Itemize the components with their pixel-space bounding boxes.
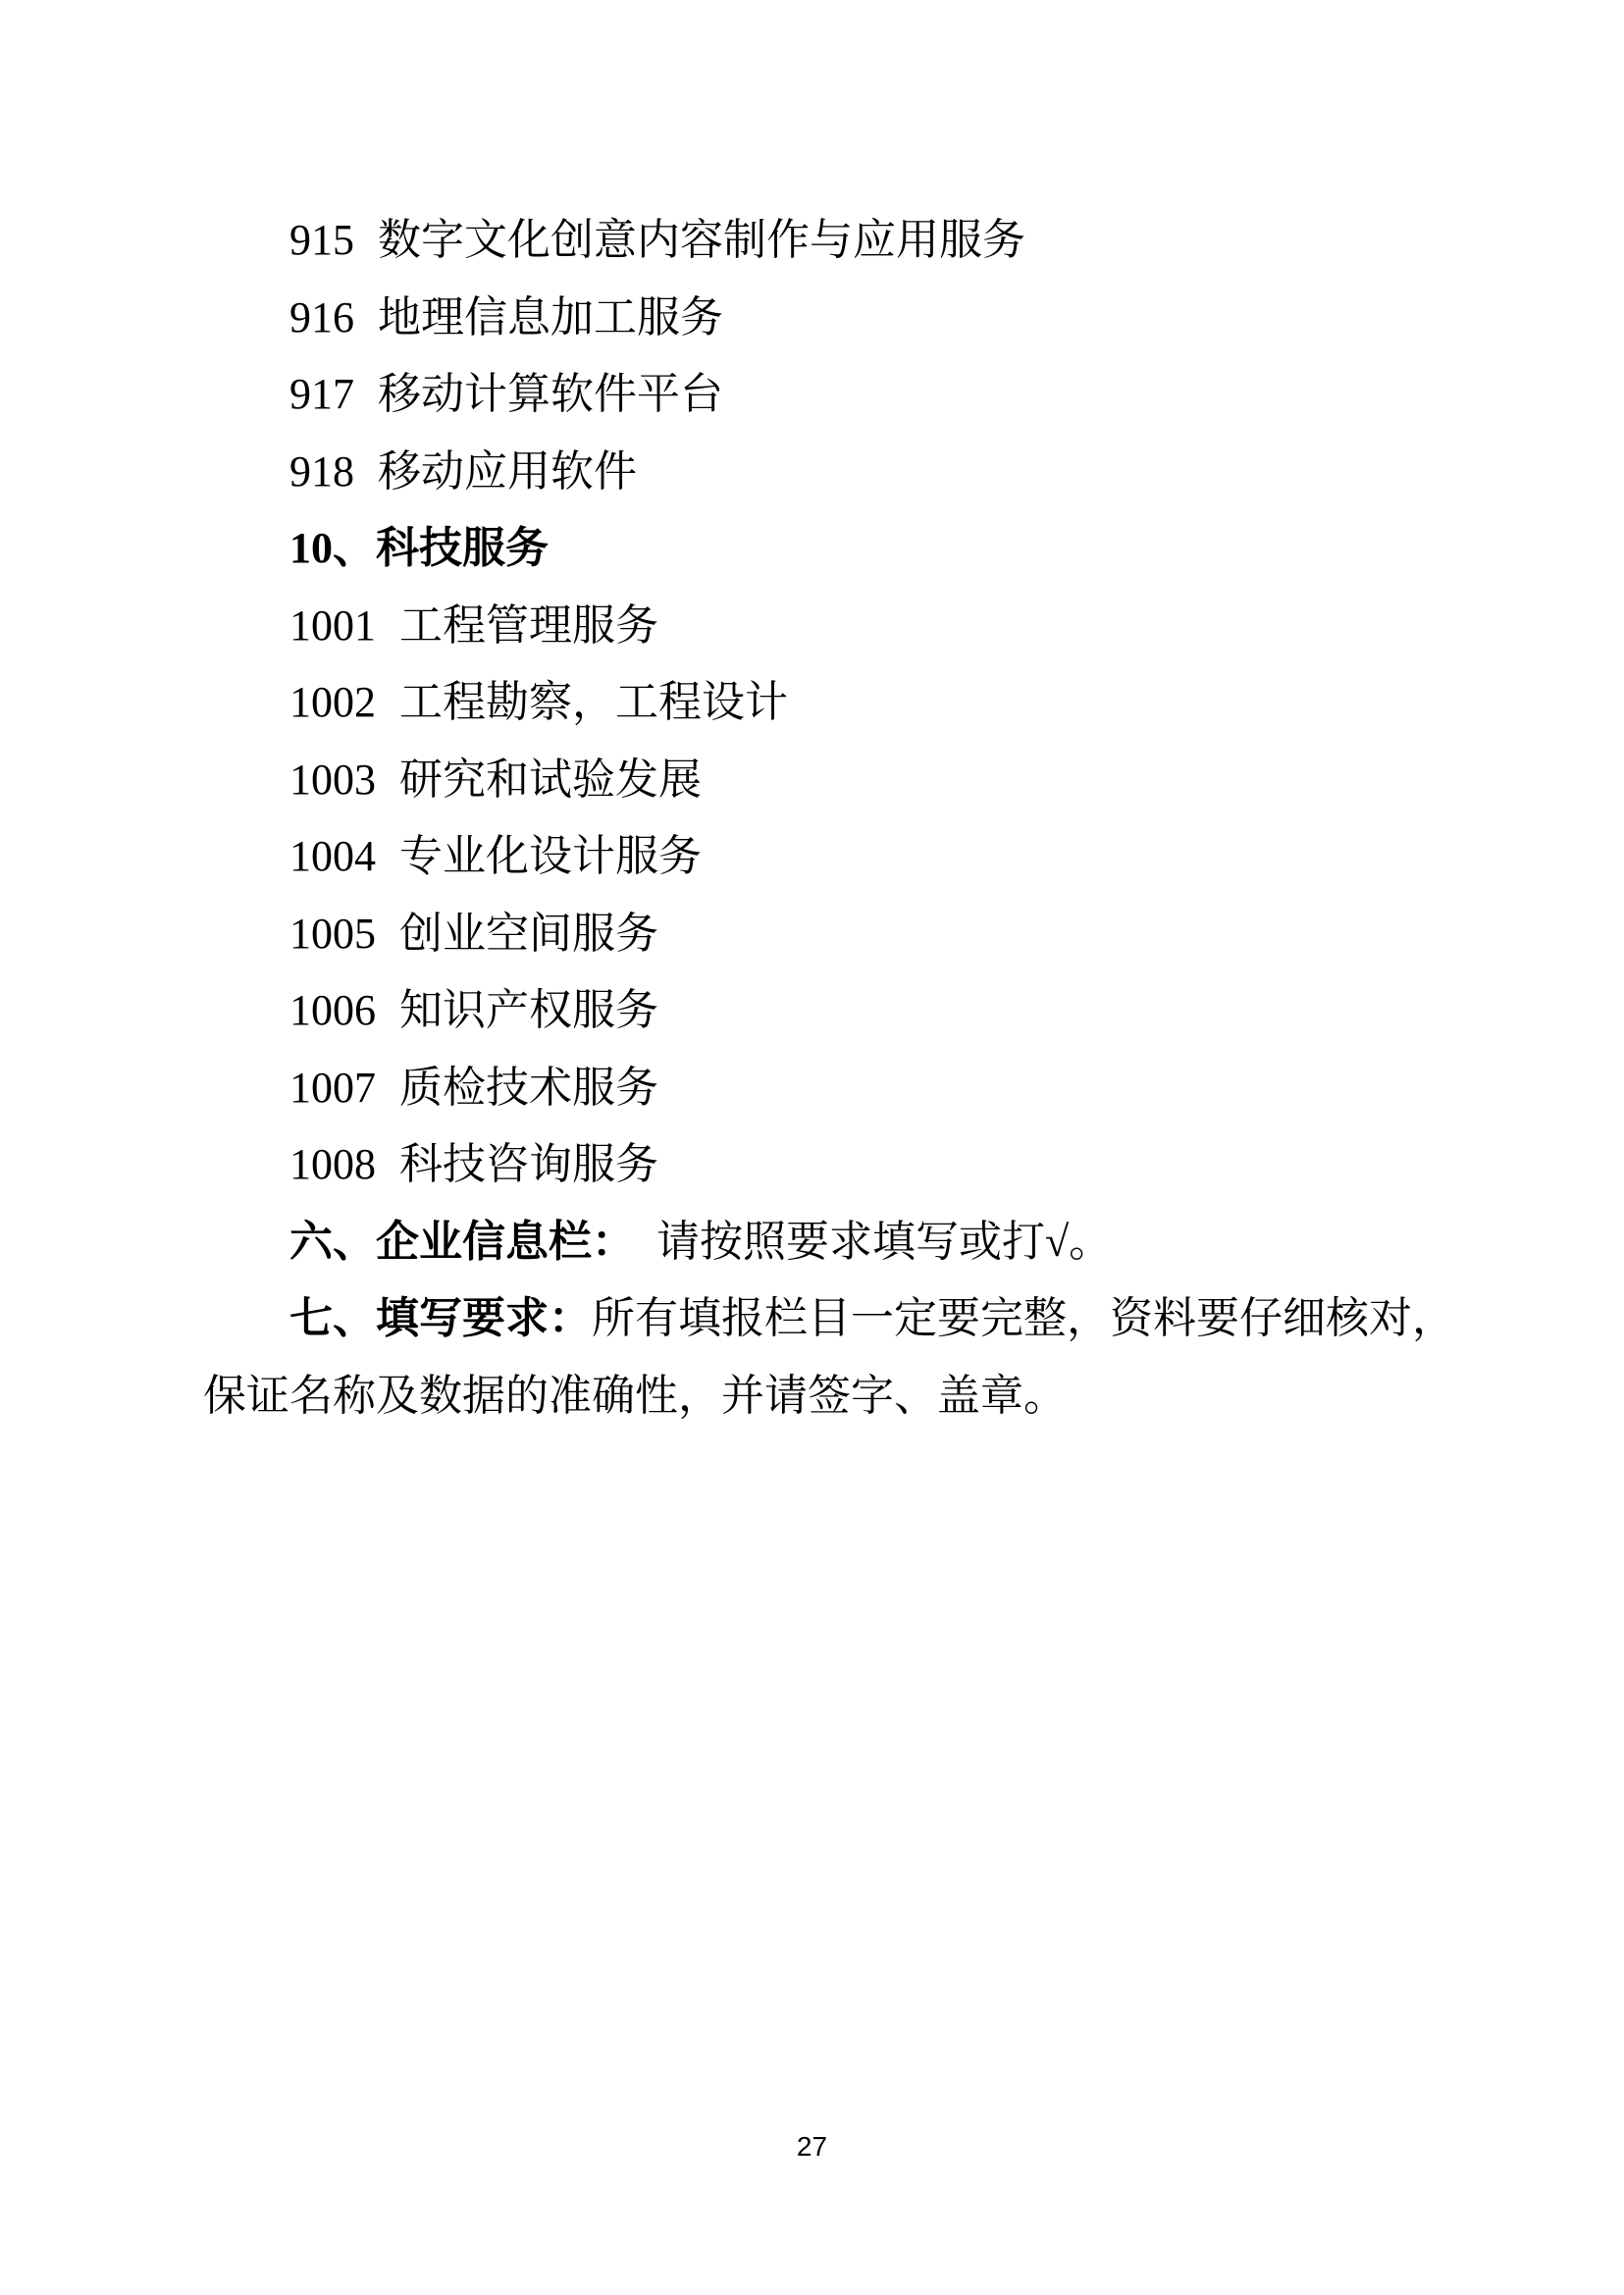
note-line-six: 六、企业信息栏： 请按照要求填写或打√。 [203, 1204, 1455, 1281]
item-text: 专业化设计服务 [399, 832, 702, 880]
item-text: 移动计算软件平台 [378, 370, 723, 418]
item-text: 创业空间服务 [399, 910, 658, 958]
section-heading-text: 10、科技服务 [289, 524, 549, 572]
note-line-continuation: 保证名称及数据的准确性，并请签字、盖章。 [203, 1358, 1455, 1435]
item-text: 科技咨询服务 [399, 1140, 658, 1188]
item-text: 工程勘察，工程设计 [399, 678, 788, 726]
note-label: 七、填写要求： [289, 1294, 592, 1342]
item-code: 1002 [289, 678, 376, 726]
document-body: 915数字文化创意内容制作与应用服务 916地理信息加工服务 917移动计算软件… [203, 202, 1455, 1434]
item-text: 移动应用软件 [378, 447, 637, 496]
item-code: 1003 [289, 756, 376, 804]
list-item: 1003研究和试验发展 [203, 742, 1455, 819]
page-number: 27 [0, 2131, 1624, 2163]
list-item: 1008科技咨询服务 [203, 1126, 1455, 1204]
list-item: 1007质检技术服务 [203, 1050, 1455, 1127]
item-code: 916 [289, 293, 354, 341]
item-text: 地理信息加工服务 [378, 293, 723, 341]
item-code: 1001 [289, 601, 376, 650]
item-code: 1004 [289, 832, 376, 880]
item-code: 1008 [289, 1140, 376, 1188]
list-item: 915数字文化创意内容制作与应用服务 [203, 202, 1455, 280]
list-item: 1006知识产权服务 [203, 972, 1455, 1050]
item-code: 1005 [289, 910, 376, 958]
list-item: 917移动计算软件平台 [203, 356, 1455, 434]
note-text: 保证名称及数据的准确性，并请签字、盖章。 [203, 1372, 1067, 1420]
section-heading: 10、科技服务 [203, 510, 1455, 588]
item-code: 1006 [289, 986, 376, 1034]
item-code: 918 [289, 447, 354, 496]
item-text: 研究和试验发展 [399, 756, 702, 804]
item-text: 知识产权服务 [399, 986, 658, 1034]
list-item: 1005创业空间服务 [203, 896, 1455, 973]
item-text: 数字文化创意内容制作与应用服务 [378, 216, 1025, 264]
document-page: { "lines": [ { "num": "915", "text": "数字… [0, 0, 1624, 2295]
item-text: 工程管理服务 [399, 601, 658, 650]
note-text: 所有填报栏目一定要完整，资料要仔细核对， [592, 1294, 1455, 1342]
item-code: 915 [289, 216, 354, 264]
note-label: 六、企业信息栏： [289, 1218, 613, 1266]
list-item: 916地理信息加工服务 [203, 280, 1455, 357]
note-line-seven: 七、填写要求：所有填报栏目一定要完整，资料要仔细核对， [203, 1280, 1455, 1358]
item-code: 917 [289, 370, 354, 418]
item-text: 质检技术服务 [399, 1064, 658, 1112]
item-code: 1007 [289, 1064, 376, 1112]
list-item: 1004专业化设计服务 [203, 818, 1455, 896]
note-text: 请按照要求填写或打√。 [613, 1218, 1112, 1266]
list-item: 1001工程管理服务 [203, 588, 1455, 665]
list-item: 1002工程勘察，工程设计 [203, 664, 1455, 742]
list-item: 918移动应用软件 [203, 434, 1455, 511]
